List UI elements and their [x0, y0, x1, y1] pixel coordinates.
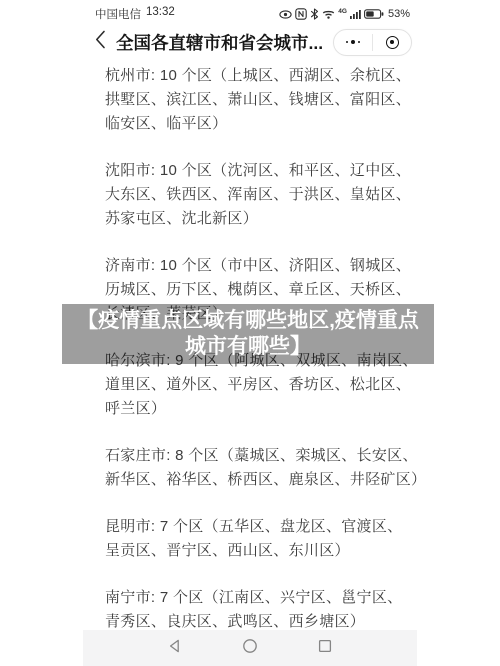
- carrier-label: 中国电信: [95, 6, 141, 22]
- title-bar: 全国各直辖市和省会城市...: [83, 27, 417, 57]
- text-line: 南宁市: 7 个区（江南区、兴宁区、邕宁区、: [105, 586, 409, 610]
- watermark-banner: 【疫情重点区域有哪些地区,疫情重点 城市有哪些】: [62, 304, 434, 364]
- text-line: 呈贡区、晋宁区、西山区、东川区）: [105, 539, 409, 563]
- android-recents-button[interactable]: [317, 640, 334, 657]
- text-line: 大东区、铁西区、浑南区、于洪区、皇姑区、: [105, 183, 409, 207]
- back-triangle-icon: [167, 638, 183, 659]
- text-line: 昆明市: 7 个区（五华区、盘龙区、官渡区、: [105, 515, 409, 539]
- screenshot-page: 中国电信 13:32 4G: [0, 0, 500, 666]
- status-left: 中国电信 13:32: [95, 6, 175, 22]
- battery-percent-label: 53%: [388, 8, 410, 20]
- text-line: 呼兰区）: [105, 397, 409, 421]
- status-bar: 中国电信 13:32 4G: [83, 5, 417, 23]
- text-line: 临安区、临平区）: [105, 112, 409, 136]
- chevron-left-icon: [95, 30, 106, 54]
- eye-icon: [279, 10, 292, 19]
- text-line: 历城区、历下区、槐荫区、章丘区、天桥区、: [105, 278, 409, 302]
- text-line: 石家庄市: 8 个区（藁城区、栾城区、长安区、: [105, 444, 409, 468]
- text-line: 济南市: 10 个区（市中区、济阳区、钢城区、: [105, 254, 409, 278]
- android-nav-bar: [83, 630, 417, 666]
- text-line: 沈阳市: 10 个区（沈河区、和平区、辽中区、: [105, 159, 409, 183]
- android-back-button[interactable]: [167, 640, 184, 657]
- nfc-icon: [295, 8, 307, 20]
- text-line: 新华区、裕华区、桥西区、鹿泉区、井陉矿区）: [105, 468, 409, 492]
- battery-icon: [364, 9, 384, 19]
- city-paragraph-shenyang: 沈阳市: 10 个区（沈河区、和平区、辽中区、 大东区、铁西区、浑南区、于洪区、…: [105, 159, 409, 231]
- page-title: 全国各直辖市和省会城市...: [116, 30, 333, 55]
- back-button[interactable]: [93, 32, 107, 52]
- text-line: 拱墅区、滨江区、萧山区、钱塘区、富阳区、: [105, 88, 409, 112]
- city-paragraph-kunming: 昆明市: 7 个区（五华区、盘龙区、官渡区、 呈贡区、晋宁区、西山区、东川区）: [105, 515, 409, 563]
- wifi-icon: [322, 9, 335, 19]
- city-paragraph-shijiazhuang: 石家庄市: 8 个区（藁城区、栾城区、长安区、 新华区、裕华区、桥西区、鹿泉区、…: [105, 444, 409, 492]
- status-right: 4G 53%: [279, 8, 410, 20]
- bluetooth-icon: [310, 8, 319, 20]
- watermark-line: 【疫情重点区域有哪些地区,疫情重点: [77, 308, 419, 334]
- close-button[interactable]: [373, 30, 411, 55]
- text-line: 杭州市: 10 个区（上城区、西湖区、余杭区、: [105, 64, 409, 88]
- android-home-button[interactable]: [242, 640, 259, 657]
- target-circle-icon: [386, 36, 399, 49]
- miniprogram-capsule: [333, 29, 412, 56]
- text-line: 苏家屯区、沈北新区）: [105, 207, 409, 231]
- city-paragraph-hangzhou: 杭州市: 10 个区（上城区、西湖区、余杭区、 拱墅区、滨江区、萧山区、钱塘区、…: [105, 64, 409, 136]
- home-circle-icon: [242, 638, 258, 659]
- signal-bars-icon: [350, 9, 361, 19]
- clock-label: 13:32: [146, 6, 175, 22]
- more-button[interactable]: [334, 30, 372, 55]
- recents-square-icon: [317, 638, 333, 659]
- network-type-label: 4G: [338, 8, 347, 15]
- watermark-line: 城市有哪些】: [185, 334, 311, 360]
- more-dots-icon: [346, 40, 361, 44]
- city-paragraph-nanning: 南宁市: 7 个区（江南区、兴宁区、邕宁区、 青秀区、良庆区、武鸣区、西乡塘区）: [105, 586, 409, 634]
- text-line: 道里区、道外区、平房区、香坊区、松北区、: [105, 373, 409, 397]
